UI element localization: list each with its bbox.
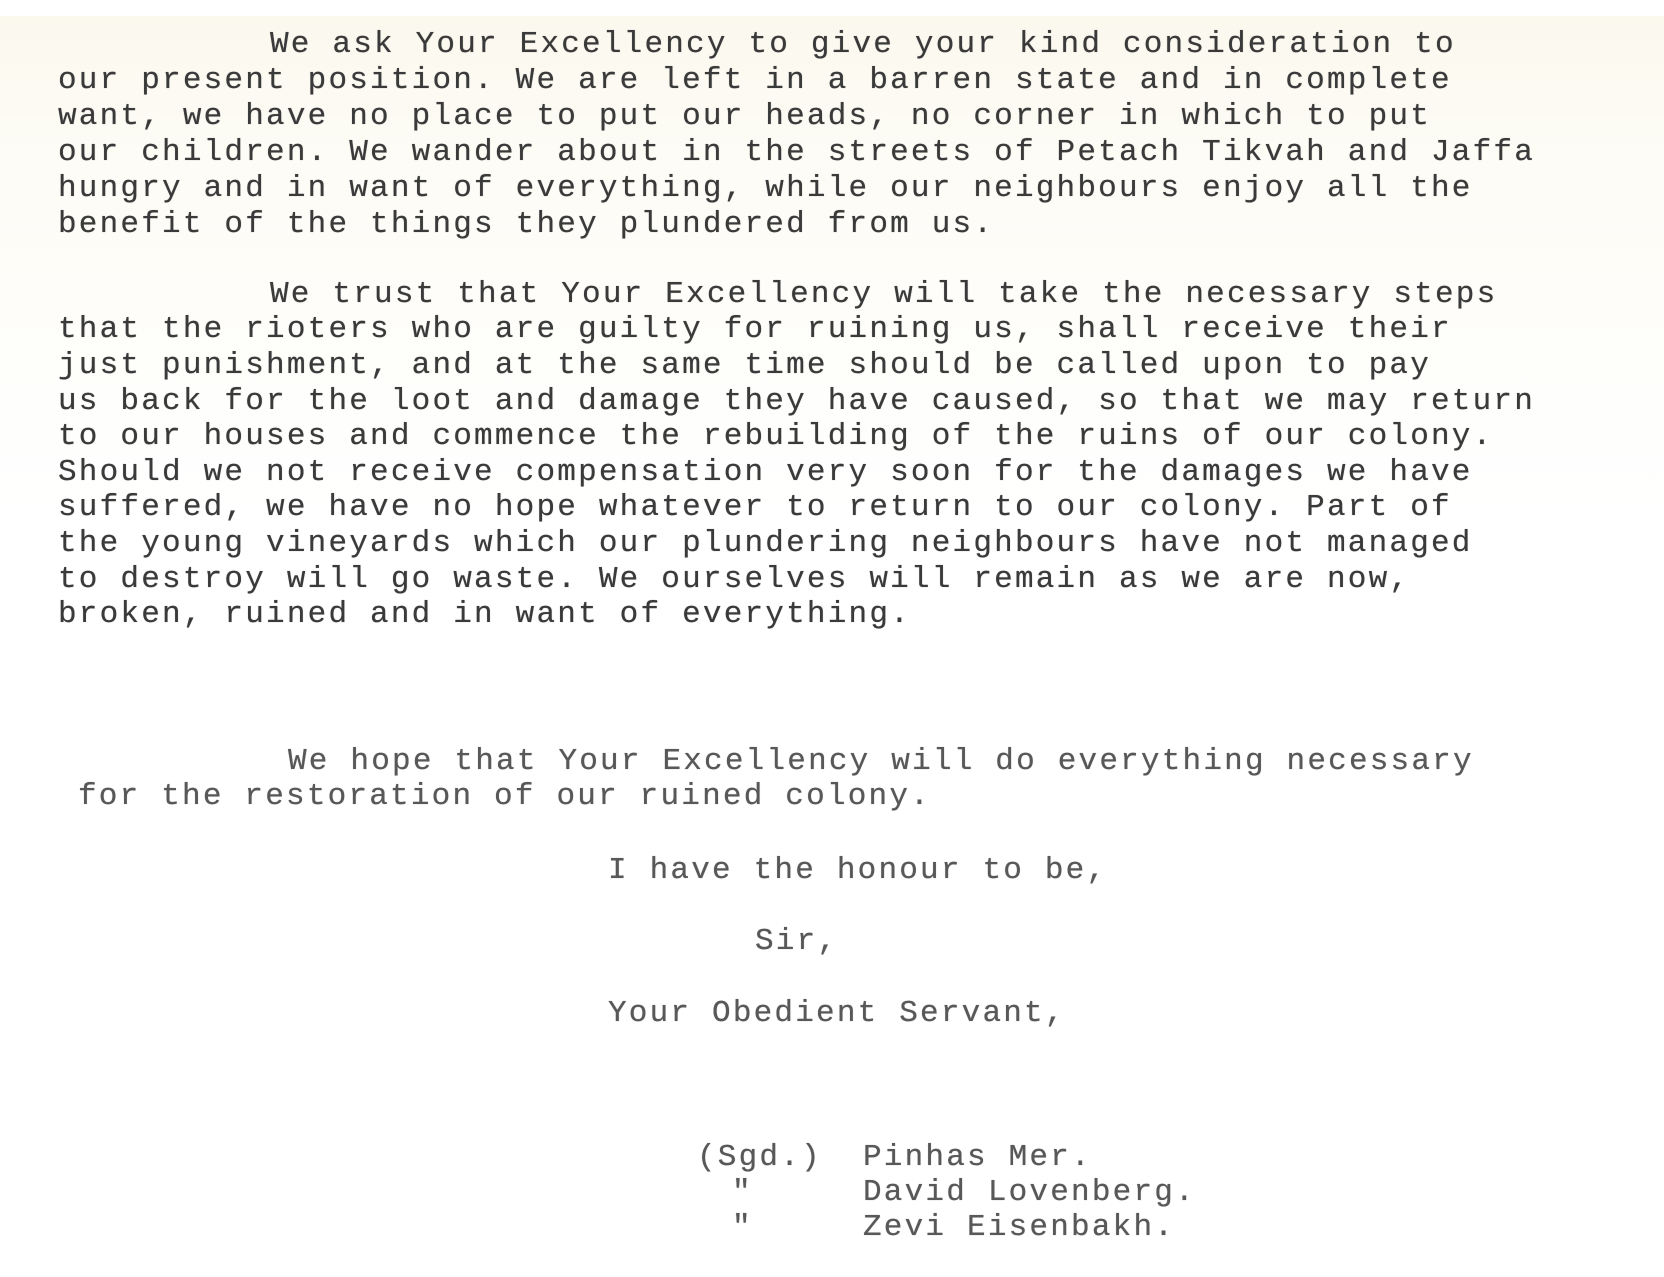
text-line: suffered, we have no hope whatever to re… (58, 491, 1452, 525)
text-line: We ask Your Excellency to give your kind… (270, 28, 1456, 62)
text-line: benefit of the things they plundered fro… (58, 208, 994, 242)
closing-servant: Your Obedient Servant, (608, 997, 1066, 1031)
text-line: that the rioters who are guilty for ruin… (58, 313, 1452, 347)
closing-honour: I have the honour to be, (608, 854, 1107, 888)
signatory-name: Pinhas Mer. (863, 1141, 1092, 1175)
text-line: to our houses and commence the rebuildin… (58, 420, 1493, 454)
text-line: We hope that Your Excellency will do eve… (288, 745, 1474, 779)
text-line: We trust that Your Excellency will take … (270, 278, 1497, 312)
ditto-mark: " (732, 1211, 753, 1245)
text-line: Should we not receive compensation very … (58, 456, 1473, 490)
text-line: broken, ruined and in want of everything… (58, 598, 911, 632)
scan-top-margin (0, 0, 1664, 16)
text-line: our present position. We are left in a b… (58, 64, 1452, 98)
signatory-name: Zevi Eisenbakh. (863, 1211, 1175, 1245)
text-line: us back for the loot and damage they hav… (58, 385, 1535, 419)
text-line: want, we have no place to put our heads,… (58, 100, 1431, 134)
signed-label: (Sgd.) (697, 1141, 822, 1175)
text-line: the young vineyards which our plundering… (58, 527, 1473, 561)
text-line: our children. We wander about in the str… (58, 136, 1535, 170)
text-line: to destroy will go waste. We ourselves w… (58, 563, 1410, 597)
closing-salutation: Sir, (755, 925, 838, 959)
text-line: for the restoration of our ruined colony… (78, 780, 931, 814)
signatory-name: David Lovenberg. (863, 1176, 1196, 1210)
text-line: hungry and in want of everything, while … (58, 172, 1473, 206)
text-line: just punishment, and at the same time sh… (58, 349, 1431, 383)
ditto-mark: " (732, 1176, 753, 1210)
